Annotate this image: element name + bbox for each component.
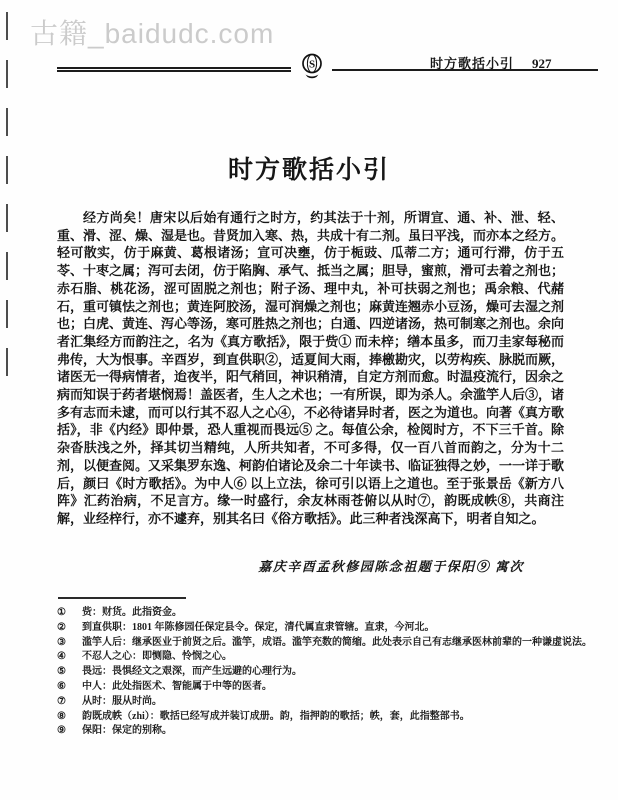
footnotes-list: ① 赀：财货。此指资金。 ② 到直供职：1801 年陈修园任保定县令。保定，清代… xyxy=(57,606,597,739)
footnote-number: ⑥ xyxy=(57,680,75,694)
page-title: 时方歌括小引 xyxy=(0,150,618,186)
footnote-item: ⑤ 畏远：畏惧经文之艰深，而产生远避的心理行为。 xyxy=(57,665,597,679)
footnote-item: ③ 滥竽人后：继承医业于前贤之后。滥竽，成语。滥竽充数的简缩。此处表示自己有志继… xyxy=(57,636,597,650)
header-rule-left xyxy=(57,67,291,72)
watermark-text: 古籍_baidudc.com xyxy=(30,12,274,52)
footnote-text: 从时：服从时尚。 xyxy=(82,695,597,709)
footnote-text: 滥竽人后：继承医业于前贤之后。滥竽，成语。滥竽充数的简缩。此处表示自己有志继承医… xyxy=(82,636,597,650)
footnote-number: ⑦ xyxy=(57,695,75,709)
footnote-text: 畏远：畏惧经文之艰深，而产生远避的心理行为。 xyxy=(82,665,597,679)
footnote-number: ③ xyxy=(57,636,75,650)
footnote-number: ⑤ xyxy=(57,665,75,679)
footnote-item: ⑧ 韵既成帙（zhi）：歌括已经写成并装订成册。韵，指押韵的歌括；帙，套，此指整… xyxy=(57,710,597,724)
footnote-item: ⑦ 从时：服从时尚。 xyxy=(57,695,597,709)
footnote-item: ④ 不忍人之心：即恻隐、怜悯之心。 xyxy=(57,650,597,664)
footnote-text: 到直供职：1801 年陈修园任保定县令。保定，清代属直隶管辖。直隶，今河北。 xyxy=(82,621,597,635)
publisher-seal-icon: S xyxy=(297,51,327,81)
footnote-text: 保阳：保定的别称。 xyxy=(82,724,597,738)
footnote-number: ① xyxy=(57,606,75,620)
page-number: 927 xyxy=(532,56,552,72)
svg-text:S: S xyxy=(309,59,315,71)
footnote-text: 不忍人之心：即恻隐、怜悯之心。 xyxy=(82,650,597,664)
footnote-number: ④ xyxy=(57,650,75,664)
footnote-item: ② 到直供职：1801 年陈修园任保定县令。保定，清代属直隶管辖。直隶，今河北。 xyxy=(57,621,597,635)
footnote-text: 韵既成帙（zhi）：歌括已经写成并装订成册。韵，指押韵的歌括；帙，套，此指整部书… xyxy=(82,710,597,724)
footnote-number: ⑧ xyxy=(57,710,75,724)
footnote-item: ⑥ 中人：此处指医术、智能属于中等的医者。 xyxy=(57,680,597,694)
footnote-item: ① 赀：财货。此指资金。 xyxy=(57,606,597,620)
footnote-text: 赀：财货。此指资金。 xyxy=(82,606,597,620)
footnote-number: ⑨ xyxy=(57,724,75,738)
footnote-number: ② xyxy=(57,621,75,635)
body-paragraph: 经方尚矣！唐宋以后始有通行之时方，约其法于十剂，所谓宣、通、补、泄、轻、重、滑、… xyxy=(57,209,564,528)
page-edge-scan-marks xyxy=(6,12,8,396)
footnote-item: ⑨ 保阳：保定的别称。 xyxy=(57,724,597,738)
running-title: 时方歌括小引 xyxy=(430,53,514,72)
signature-line: 嘉庆辛酉孟秋修园陈念祖题于保阳⑨ 寓次 xyxy=(57,556,564,575)
running-header: 时方歌括小引 927 xyxy=(430,53,552,72)
scanned-book-page: 古籍_baidudc.com S 时方歌括小引 927 时方歌括小引 经方尚矣！… xyxy=(0,0,618,800)
footnote-divider xyxy=(58,597,186,599)
footnote-text: 中人：此处指医术、智能属于中等的医者。 xyxy=(82,680,597,694)
